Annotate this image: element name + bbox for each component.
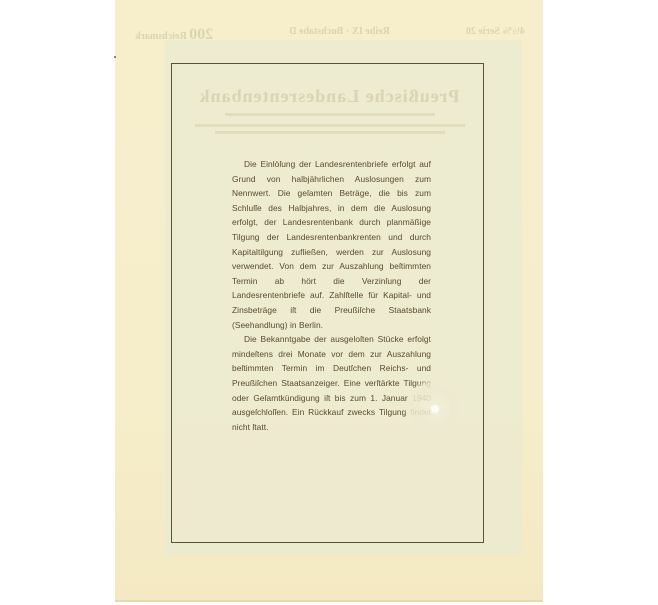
embossed-seal-icon — [405, 378, 465, 440]
bleed-through-header: 4½% Serie 20 Reihe IX · Buchstabe D 200 … — [135, 26, 525, 44]
paper-speck — [114, 56, 116, 58]
bleed-through-series: 4½% Serie 20 — [466, 26, 525, 44]
terms-paragraph-redemption: Die Einlöſung der Landesrentenbriefe erf… — [232, 157, 431, 332]
terms-paragraph-announcement: Die Bekanntgabe der ausgeloſten Stücke e… — [232, 332, 431, 434]
bleed-through-denomination: 200 Reichsmark — [135, 26, 213, 44]
certificate-paper: 4½% Serie 20 Reihe IX · Buchstabe D 200 … — [115, 0, 543, 602]
terms-text: Die Einlöſung der Landesrentenbriefe erf… — [232, 157, 431, 434]
bleed-through-reihe: Reihe IX · Buchstabe D — [289, 26, 390, 44]
